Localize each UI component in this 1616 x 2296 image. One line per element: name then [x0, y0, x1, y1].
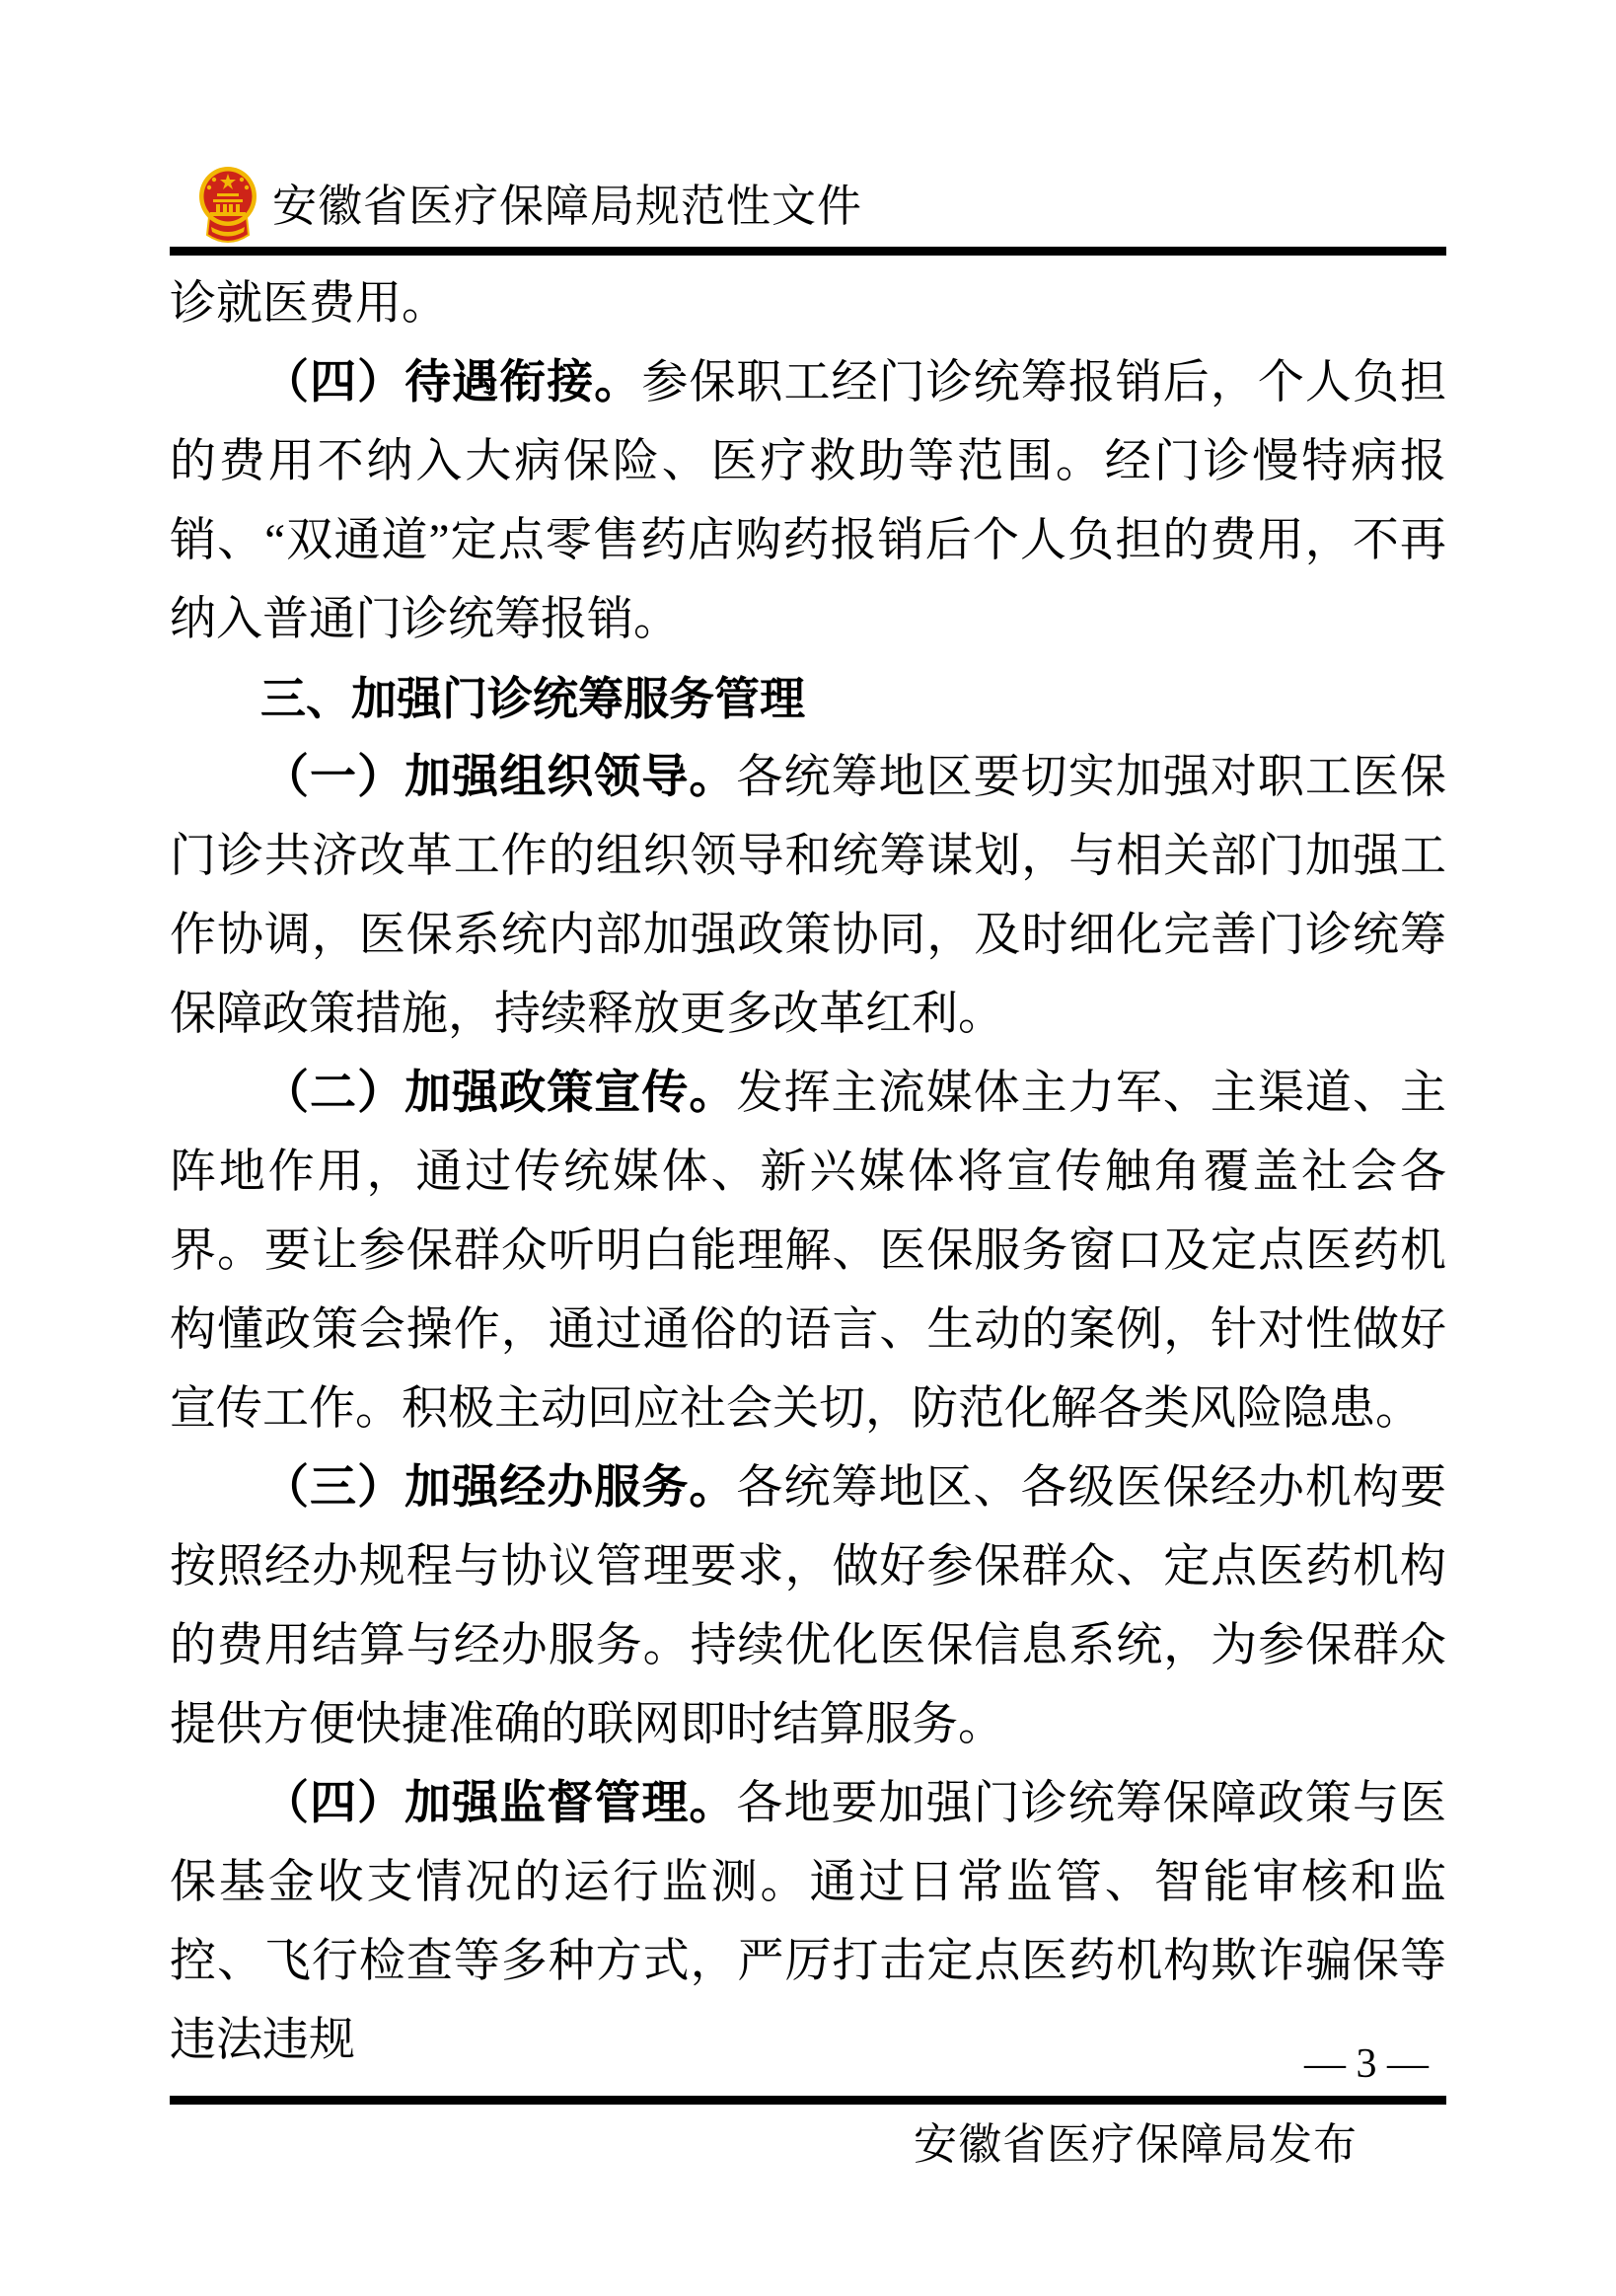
- paragraph-lead: （四）加强监督管理。: [262, 1778, 736, 1829]
- paragraph-organizational-leadership: （一）加强组织领导。各统筹地区要切实加强对职工医保门诊共济改革工作的组织领导和统…: [170, 738, 1446, 1054]
- document-header-title: 安徽省医疗保障局规范性文件: [272, 178, 862, 235]
- paragraph-supervision-management: （四）加强监督管理。各地要加强门诊统筹保障政策与医保基金收支情况的运行监测。通过…: [170, 1764, 1446, 2080]
- paragraph-lead: （一）加强组织领导。: [262, 752, 736, 803]
- publisher-line: 安徽省医疗保障局发布: [914, 2117, 1358, 2173]
- footer-divider-rule: [170, 2096, 1446, 2105]
- section-heading-text: 三、加强门诊统筹服务管理: [260, 673, 805, 724]
- paragraph-lead: （二）加强政策宣传。: [262, 1068, 736, 1119]
- document-header: 安徽省医疗保障局规范性文件: [197, 166, 862, 249]
- paragraph-policy-publicity: （二）加强政策宣传。发挥主流媒体主力军、主渠道、主阵地作用，通过传统媒体、新兴媒…: [170, 1054, 1446, 1448]
- paragraph-lead: （三）加强经办服务。: [262, 1462, 736, 1514]
- header-divider-rule: [170, 247, 1446, 256]
- document-page: 安徽省医疗保障局规范性文件 诊就医费用。 （四）待遇衔接。参保职工经门诊统筹报销…: [0, 0, 1616, 2296]
- national-emblem-icon: [197, 166, 258, 249]
- paragraph-handling-services: （三）加强经办服务。各统筹地区、各级医保经办机构要按照经办规程与协议管理要求，做…: [170, 1448, 1446, 1764]
- paragraph-text: 诊就医费用。: [170, 278, 448, 330]
- document-body: 诊就医费用。 （四）待遇衔接。参保职工经门诊统筹报销后，个人负担的费用不纳入大病…: [170, 264, 1446, 2080]
- paragraph-lead: （四）待遇衔接。: [262, 357, 641, 408]
- section-heading: 三、加强门诊统筹服务管理: [170, 659, 1446, 738]
- paragraph-text: 发挥主流媒体主力军、主渠道、主阵地作用，通过传统媒体、新兴媒体将宣传触角覆盖社会…: [170, 1068, 1446, 1435]
- paragraph-treatment-linkage: （四）待遇衔接。参保职工经门诊统筹报销后，个人负担的费用不纳入大病保险、医疗救助…: [170, 343, 1446, 659]
- page-number: — 3 —: [1304, 2040, 1429, 2088]
- paragraph-continuation: 诊就医费用。: [170, 264, 1446, 343]
